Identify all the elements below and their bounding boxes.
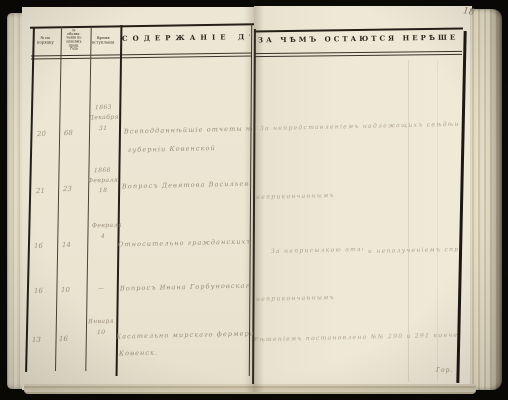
entry-2-date-year: 1868 bbox=[94, 167, 111, 174]
entry-3-date-day: 4 bbox=[101, 233, 105, 240]
entry-1-date-year: 1863 bbox=[95, 104, 112, 111]
entry-1-order-number: 20 bbox=[37, 130, 46, 138]
entry-5-date-month: Января bbox=[88, 318, 114, 326]
column-header-opis-number: № обозна- ченія по описямъ прош. года bbox=[60, 26, 88, 55]
entry-1-date-month: Декабря bbox=[89, 114, 119, 122]
corner-mark: Гор. bbox=[436, 367, 453, 374]
ledger-photo: № по порядку № обозна- ченія по описямъ … bbox=[0, 0, 508, 400]
entry-3-date-month: Февраля bbox=[92, 222, 122, 230]
entry-3-order-number: 16 bbox=[34, 242, 43, 250]
column-header-entry-time: Время вступленія bbox=[89, 28, 118, 53]
column-header-line: вступленія bbox=[92, 41, 114, 45]
entry-5-content-line-2: Ковенск. bbox=[119, 349, 158, 358]
right-fore-edge-stack bbox=[470, 9, 502, 390]
column-header-line: прош. года bbox=[66, 44, 81, 51]
column-header-line: порядку bbox=[37, 41, 54, 45]
entry-2-opis-number: 23 bbox=[63, 185, 72, 193]
entry-2-order-number: 21 bbox=[36, 187, 45, 195]
entry-3-opis-number: 14 bbox=[62, 241, 71, 249]
column-header-case-contents: СОДЕРЖАНІЕ ДѢЛЪ bbox=[122, 32, 250, 43]
entry-4-date-dash: — bbox=[98, 285, 105, 292]
page-number: 18 bbox=[462, 6, 475, 17]
column-header-order-number: № по порядку bbox=[32, 28, 59, 53]
entry-5-opis-number: 16 bbox=[59, 335, 68, 343]
entry-4-order-number: 16 bbox=[34, 287, 43, 295]
entry-1-opis-number: 68 bbox=[64, 129, 73, 137]
entry-2-date-day: 18 bbox=[99, 187, 108, 194]
entry-2-date-month: Февраля bbox=[88, 177, 118, 185]
entry-5-order-number: 13 bbox=[32, 336, 41, 344]
entry-1-date-day: 31 bbox=[99, 125, 108, 132]
entry-5-date-day: 10 bbox=[97, 329, 106, 336]
entry-4-opis-number: 10 bbox=[61, 286, 70, 294]
